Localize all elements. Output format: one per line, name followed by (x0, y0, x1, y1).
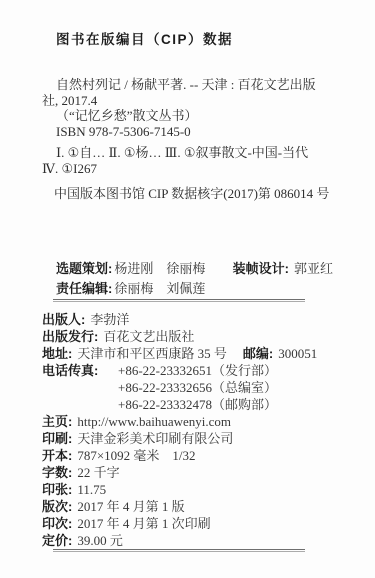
zipcode-label: 邮编: (243, 346, 273, 361)
cip-classification-line2: Ⅳ. ①I267 (42, 161, 347, 177)
format-value: 787×1092 毫米 1/32 (77, 448, 195, 463)
publication-info: 出版人:李勃洋 出版发行:百花文艺出版社 地址:天津市和平区西康路 35 号邮编… (42, 311, 347, 549)
publisher-person-label: 出版人: (42, 312, 85, 327)
cip-entry-isbn: ISBN 978-7-5306-7145-0 (42, 124, 347, 140)
pub-row-word-count: 字数:22 千字 (42, 464, 347, 481)
sheets-label: 印张: (42, 482, 72, 497)
price-value: 39.00 元 (77, 533, 123, 548)
address-label: 地址: (42, 346, 72, 361)
phone-number-distribution: +86-22-23332651（发行部） (118, 362, 347, 379)
divider-top (53, 299, 305, 300)
cip-entry-line2: 社, 2017.4 (42, 93, 347, 109)
copyright-page: 图书在版编目（CIP）数据 自然村列记 / 杨献平著. -- 天津 : 百花文艺… (0, 0, 375, 578)
pub-row-address: 地址:天津市和平区西康路 35 号邮编:300051 (42, 345, 347, 362)
price-label: 定价: (42, 533, 72, 548)
homepage-label: 主页: (42, 414, 72, 429)
phone-fax-label: 电话传真: (42, 362, 98, 379)
pub-row-publisher-person: 出版人:李勃洋 (42, 311, 347, 328)
edition-value: 2017 年 4 月第 1 版 (77, 499, 184, 514)
sheets-value: 11.75 (77, 482, 106, 497)
homepage-url: http://www.baihuawenyi.com (77, 414, 231, 429)
publisher-value: 百花文艺出版社 (103, 329, 194, 344)
editor-names: 徐丽梅 刘佩莲 (114, 281, 205, 296)
cip-entry-paragraph: 自然村列记 / 杨献平著. -- 天津 : 百花文艺出版 社, 2017.4 （… (42, 77, 347, 140)
pub-row-homepage: 主页:http://www.baihuawenyi.com (42, 413, 347, 430)
cip-heading: 图书在版编目（CIP）数据 (42, 31, 347, 48)
pub-row-printer: 印刷:天津金彩美术印刷有限公司 (42, 430, 347, 447)
editorial-credits: 选题策划:杨进刚 徐丽梅 装帧设计:郭亚红 责任编辑:徐丽梅 刘佩莲 (42, 261, 347, 297)
pub-row-format: 开本:787×1092 毫米 1/32 (42, 447, 347, 464)
address-value: 天津市和平区西康路 35 号 (77, 346, 227, 361)
cip-entry-series: （“记忆乡愁”散文丛书） (42, 108, 347, 124)
design-label: 装帧设计: (233, 261, 289, 276)
cip-record-number: 中国版本图书馆 CIP 数据核字(2017)第 086014 号 (42, 185, 347, 202)
pub-row-sheets: 印张:11.75 (42, 481, 347, 498)
pub-row-price: 定价:39.00 元 (42, 532, 347, 549)
cip-classification: Ⅰ. ①自… Ⅱ. ①杨… Ⅲ. ①叙事散文-中国-当代 Ⅳ. ①I267 (42, 145, 347, 177)
printer-label: 印刷: (42, 431, 72, 446)
edition-label: 版次: (42, 499, 72, 514)
cip-entry-line1: 自然村列记 / 杨献平著. -- 天津 : 百花文艺出版 (42, 77, 347, 93)
phone-number-mail-order: +86-22-23332478（邮购部） (118, 396, 347, 413)
printing-value: 2017 年 4 月第 1 次印刷 (77, 516, 210, 531)
cip-classification-line1: Ⅰ. ①自… Ⅱ. ①杨… Ⅲ. ①叙事散文-中国-当代 (42, 145, 347, 161)
editorial-row-editor: 责任编辑:徐丽梅 刘佩莲 (56, 281, 347, 297)
editor-label: 责任编辑: (56, 281, 112, 296)
printer-value: 天津金彩美术印刷有限公司 (77, 431, 233, 446)
planning-names: 杨进刚 徐丽梅 (114, 261, 205, 276)
printing-label: 印次: (42, 516, 72, 531)
word-count-value: 22 千字 (77, 465, 119, 480)
phone-number-editorial-office: +86-22-23332656（总编室） (118, 379, 347, 396)
pub-row-publisher: 出版发行:百花文艺出版社 (42, 328, 347, 345)
format-label: 开本: (42, 448, 72, 463)
divider-bottom (53, 549, 305, 550)
publisher-person-value: 李勃洋 (90, 312, 129, 327)
pub-row-edition: 版次:2017 年 4 月第 1 版 (42, 498, 347, 515)
design-name: 郭亚红 (294, 261, 333, 276)
planning-label: 选题策划: (56, 261, 112, 276)
editorial-row-planning: 选题策划:杨进刚 徐丽梅 装帧设计:郭亚红 (56, 261, 347, 277)
pub-row-printing: 印次:2017 年 4 月第 1 次印刷 (42, 515, 347, 532)
zipcode-value: 300051 (278, 346, 317, 361)
word-count-label: 字数: (42, 465, 72, 480)
publisher-label: 出版发行: (42, 329, 98, 344)
pub-row-phone-fax: 电话传真: +86-22-23332651（发行部） +86-22-233326… (42, 362, 347, 413)
